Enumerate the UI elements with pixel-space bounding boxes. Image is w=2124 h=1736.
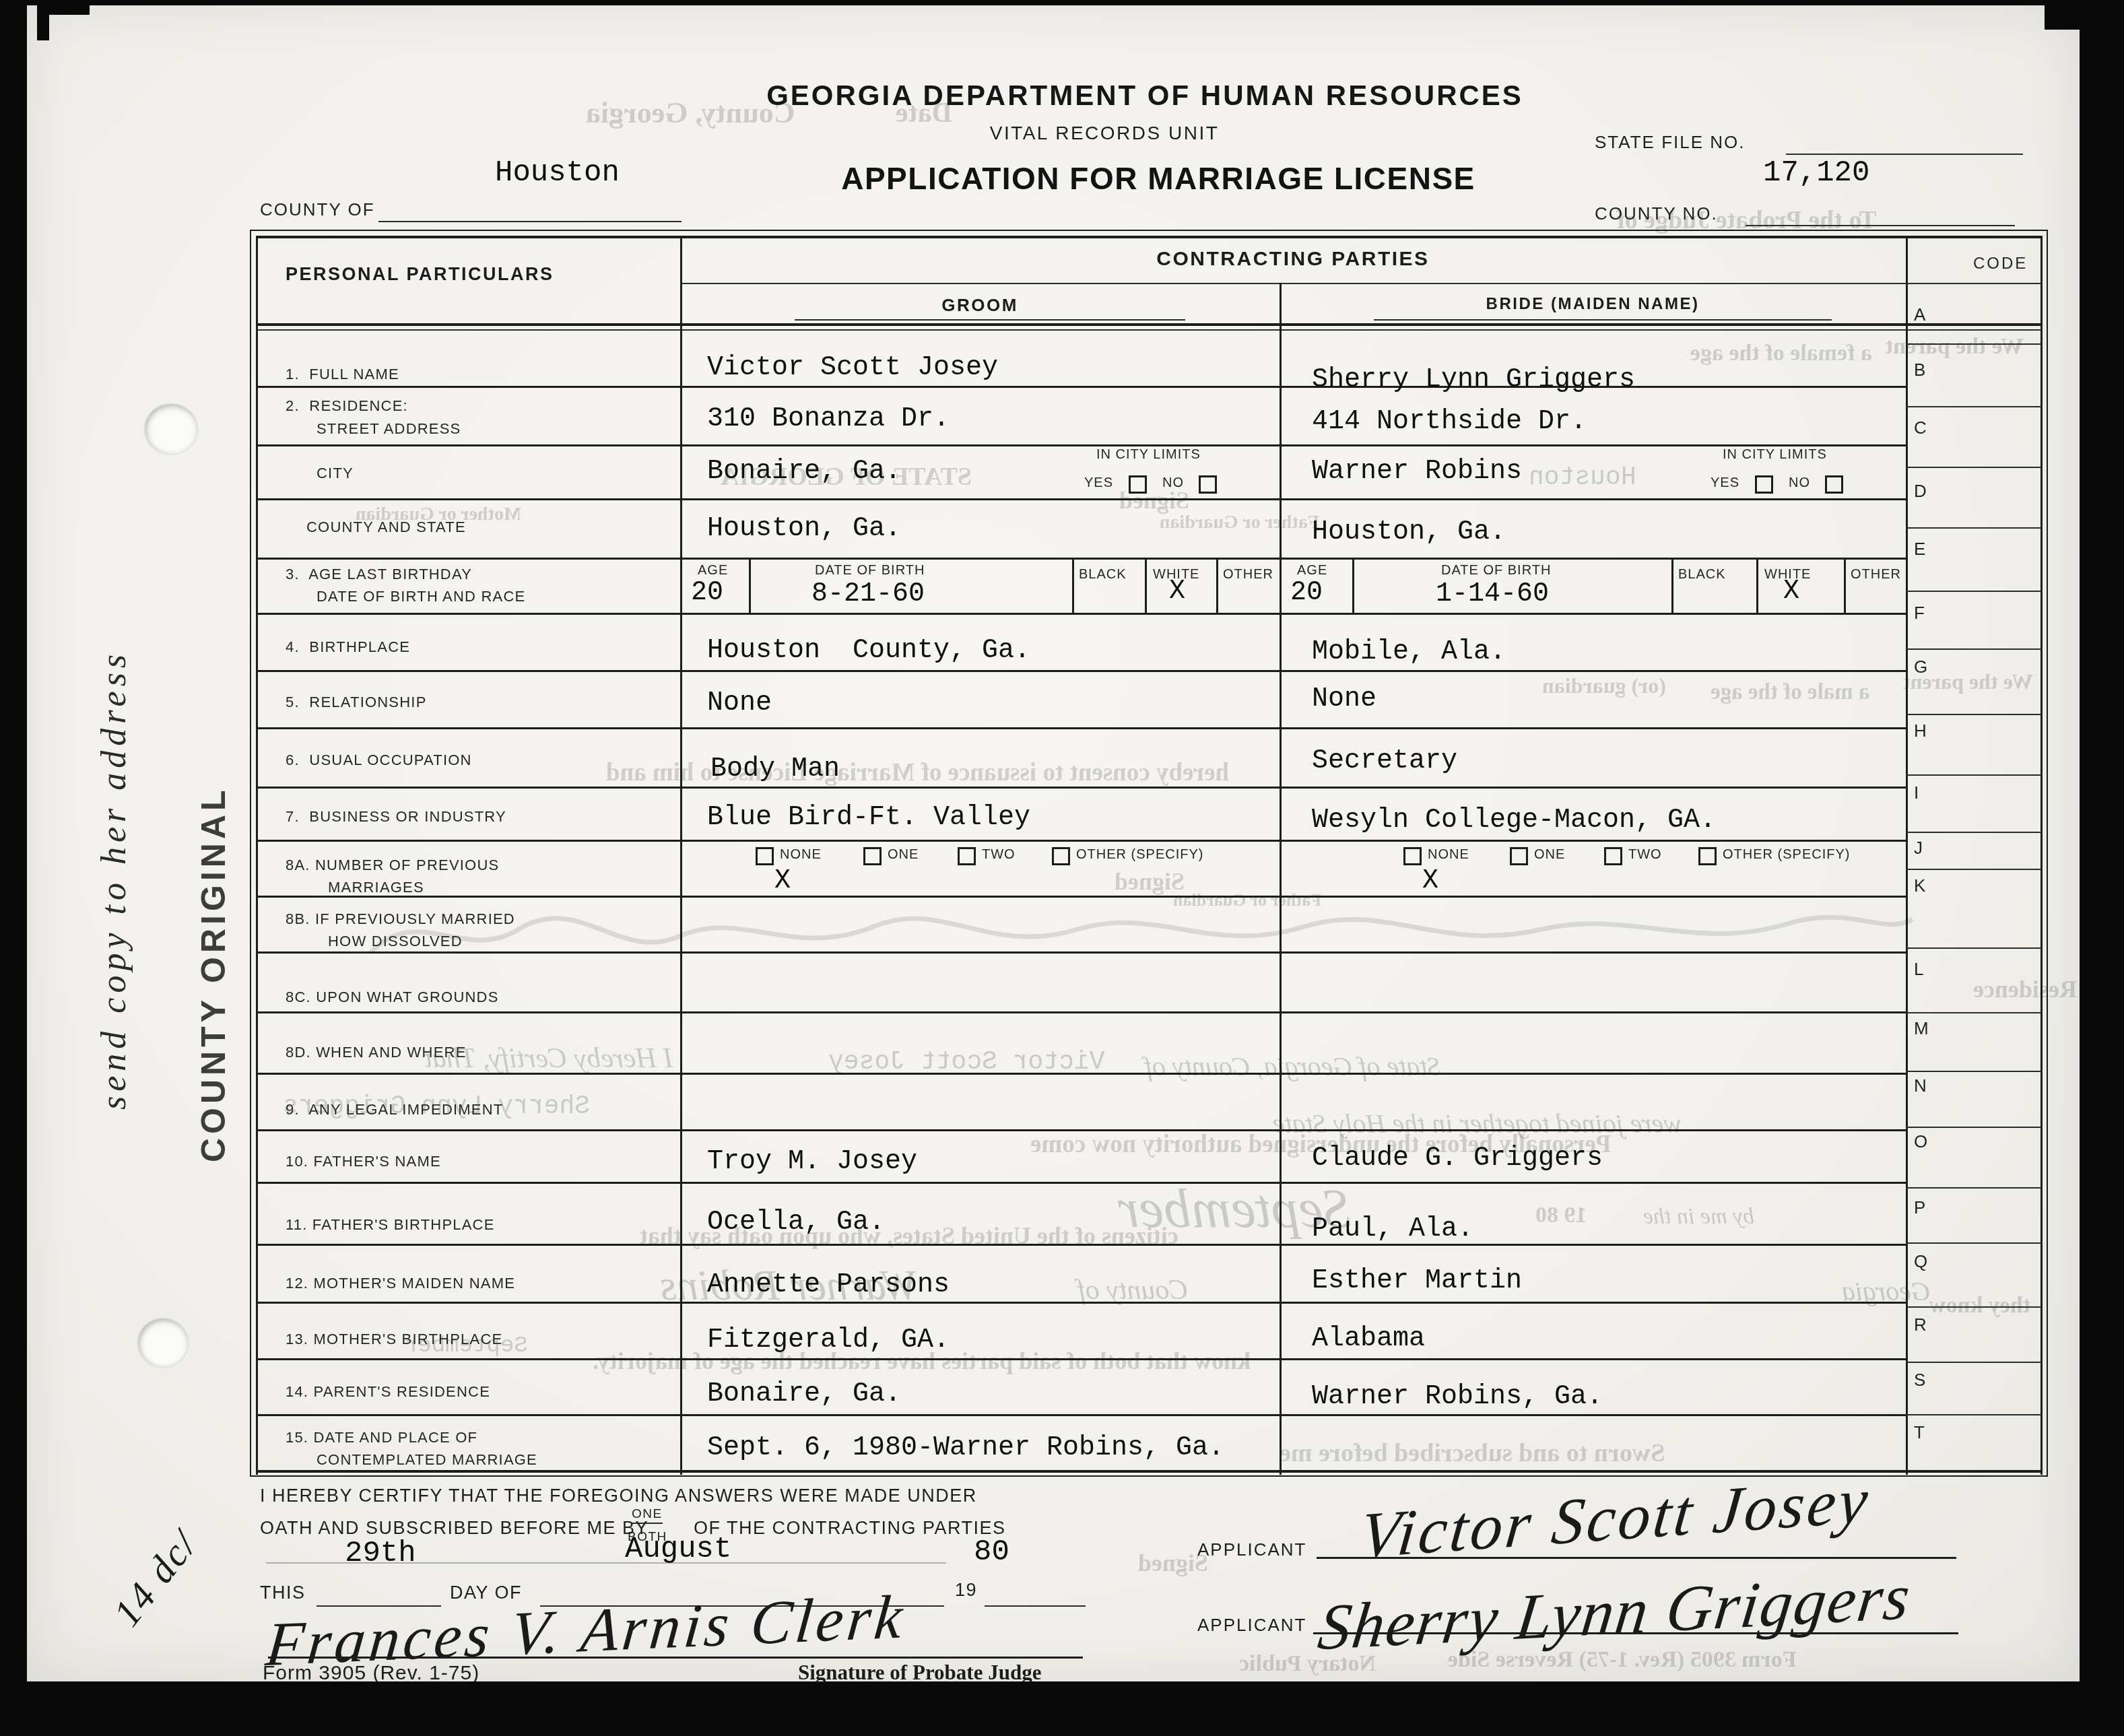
groom-city: Bonaire, Ga. bbox=[707, 457, 901, 487]
county-no-value: 17,120 bbox=[1763, 156, 1869, 190]
bleedthrough-signature-squiggle bbox=[364, 889, 1926, 970]
in-city-limits-label-bride: IN CITY LIMITS bbox=[1723, 447, 1827, 463]
table-line bbox=[1906, 236, 1908, 1475]
code-line bbox=[1906, 1306, 2042, 1308]
row-label: 8C. UPON WHAT GROUNDS bbox=[286, 989, 499, 1006]
one-label-bride: ONE bbox=[1534, 847, 1565, 863]
code-line bbox=[1906, 869, 2042, 870]
yes-label-groom: YES bbox=[1084, 475, 1113, 491]
code-line bbox=[1906, 1127, 2042, 1128]
one-checkbox-bride[interactable] bbox=[1510, 847, 1528, 865]
code-cell: G bbox=[1914, 657, 1928, 677]
row-label: 7. BUSINESS OR INDUSTRY bbox=[286, 808, 506, 826]
code-cell: Q bbox=[1914, 1251, 1928, 1272]
bleedthrough-text: hereby consent to issuance of Marriage L… bbox=[606, 758, 1229, 787]
row-label: HOW DISSOLVED bbox=[328, 933, 463, 950]
dob-header-groom: DATE OF BIRTH bbox=[815, 563, 925, 578]
age-header-groom: AGE bbox=[698, 563, 728, 578]
certification-year-value: 80 bbox=[974, 1535, 1009, 1569]
county-original-stamp: COUNTY ORIGINAL bbox=[194, 786, 233, 1162]
department-title: GEORGIA DEPARTMENT OF HUMAN RESOURCES bbox=[766, 79, 1523, 112]
applicant-label-2: APPLICANT bbox=[1197, 1615, 1307, 1636]
row-line bbox=[256, 1182, 1906, 1184]
row-line bbox=[256, 1011, 1906, 1013]
code-cell: N bbox=[1914, 1075, 1927, 1096]
groom-mother-maiden: Annette Parsons bbox=[707, 1270, 950, 1300]
year-blank-line bbox=[985, 1605, 1086, 1607]
row-line bbox=[256, 1358, 1906, 1360]
table-border bbox=[2040, 236, 2043, 1475]
row-label: 11. FATHER'S BIRTHPLACE bbox=[286, 1216, 495, 1234]
row-label: 14. PARENT'S RESIDENCE bbox=[286, 1383, 490, 1401]
code-line bbox=[1906, 1071, 2042, 1072]
row-label: 9. ANY LEGAL IMPEDIMENT bbox=[286, 1101, 503, 1119]
bride-father-birthplace: Paul, Ala. bbox=[1312, 1214, 1473, 1244]
table-line bbox=[1216, 558, 1218, 613]
table-border bbox=[250, 230, 251, 1477]
bleedthrough-text: County, Georgia bbox=[586, 96, 795, 130]
code-cell: P bbox=[1914, 1197, 1926, 1218]
code-cell: I bbox=[1914, 782, 1919, 803]
code-cell: E bbox=[1914, 539, 1926, 560]
bride-full-name: Sherry Lynn Griggers bbox=[1312, 365, 1635, 395]
code-line bbox=[1906, 527, 2042, 529]
unit-subtitle: VITAL RECORDS UNIT bbox=[990, 123, 1220, 144]
county-of-label: COUNTY OF bbox=[260, 199, 375, 220]
groom-street: 310 Bonanza Dr. bbox=[707, 404, 950, 434]
two-checkbox-bride[interactable] bbox=[1604, 847, 1622, 865]
row-line bbox=[256, 670, 1906, 672]
code-cell: D bbox=[1914, 481, 1927, 502]
margin-handwritten-note: send copy to her address bbox=[94, 650, 134, 1110]
row-line bbox=[256, 1244, 1906, 1246]
bleedthrough-text: Houston bbox=[1529, 463, 1636, 492]
row-line bbox=[256, 1414, 1906, 1416]
table-line bbox=[1145, 558, 1147, 613]
scanner-edge-right bbox=[2080, 0, 2124, 1736]
yes-label-bride: YES bbox=[1711, 475, 1739, 491]
code-line bbox=[1906, 714, 2042, 715]
table-line bbox=[680, 283, 1906, 284]
other-checkbox-groom[interactable] bbox=[1052, 847, 1070, 865]
scanner-edge-bottom bbox=[0, 1681, 2124, 1736]
dob-header-bride: DATE OF BIRTH bbox=[1441, 563, 1551, 578]
other-header-bride: OTHER bbox=[1851, 567, 1901, 582]
row-line bbox=[256, 840, 1906, 842]
county-no-line bbox=[1746, 225, 2015, 226]
table-line bbox=[1671, 558, 1673, 613]
row-line bbox=[256, 896, 1906, 898]
groom-full-name: Victor Scott Josey bbox=[707, 353, 998, 383]
groom-dob: 8-21-60 bbox=[811, 579, 925, 609]
code-cell: C bbox=[1914, 418, 1927, 438]
code-line bbox=[1906, 947, 2042, 949]
groom-father-name: Troy M. Josey bbox=[707, 1147, 917, 1177]
in-city-limits-label-groom: IN CITY LIMITS bbox=[1096, 447, 1201, 463]
bleedthrough-text: State of Georgia, County of bbox=[1145, 1050, 1441, 1082]
bride-occupation: Secretary bbox=[1312, 746, 1457, 776]
groom-mother-birthplace: Fitzgerald, GA. bbox=[707, 1325, 950, 1356]
age-header-bride: AGE bbox=[1297, 563, 1327, 578]
code-line bbox=[1906, 1187, 2042, 1189]
other-label-bride: OTHER (SPECIFY) bbox=[1723, 847, 1850, 863]
row-line bbox=[256, 1129, 1906, 1131]
row-line bbox=[256, 386, 1906, 388]
none-checkbox-bride[interactable] bbox=[1403, 847, 1422, 865]
bleedthrough-text: Father or Guardian bbox=[1160, 512, 1319, 533]
punch-hole-top bbox=[145, 404, 197, 454]
one-label-groom: ONE bbox=[888, 847, 919, 863]
groom-race-mark: X bbox=[1169, 576, 1185, 607]
yes-checkbox-groom[interactable] bbox=[1129, 475, 1147, 494]
bride-parents-residence: Warner Robins, Ga. bbox=[1312, 1382, 1603, 1412]
county-of-line bbox=[378, 221, 682, 222]
groom-occupation: Body Man bbox=[710, 754, 840, 784]
table-line bbox=[1374, 319, 1832, 321]
table-line bbox=[1280, 283, 1282, 1475]
state-file-label: STATE FILE NO. bbox=[1595, 132, 1746, 153]
other-label-groom: OTHER (SPECIFY) bbox=[1076, 847, 1203, 863]
table-line bbox=[795, 319, 1185, 321]
row-label: 13. MOTHER'S BIRTHPLACE bbox=[286, 1331, 502, 1348]
groom-county-state: Houston, Ga. bbox=[707, 514, 901, 544]
code-line bbox=[1906, 406, 2042, 407]
groom-age: 20 bbox=[691, 578, 723, 608]
scanner-artifact bbox=[37, 0, 49, 40]
certification-line2b: OF THE CONTRACTING PARTIES bbox=[694, 1518, 1006, 1539]
state-file-line bbox=[1786, 154, 2023, 155]
groom-parents-residence: Bonaire, Ga. bbox=[707, 1379, 901, 1409]
row-line bbox=[256, 498, 1906, 500]
code-cell: O bbox=[1914, 1131, 1928, 1152]
table-border bbox=[250, 230, 2048, 231]
groom-marriages-mark: X bbox=[774, 866, 791, 896]
contracting-parties-header: CONTRACTING PARTIES bbox=[1156, 248, 1429, 271]
code-line bbox=[1906, 283, 2042, 284]
row-label: 4. BIRTHPLACE bbox=[286, 638, 410, 656]
bride-age: 20 bbox=[1290, 578, 1323, 608]
code-cell: M bbox=[1914, 1018, 1929, 1039]
row-line bbox=[256, 444, 1906, 446]
table-border bbox=[2047, 230, 2048, 1477]
bride-mother-birthplace: Alabama bbox=[1312, 1324, 1425, 1354]
groom-birthplace: Houston County, Ga. bbox=[707, 636, 1030, 666]
bleedthrough-text: they know bbox=[1929, 1293, 2030, 1318]
code-cell: J bbox=[1914, 838, 1923, 859]
personal-particulars-header: PERSONAL PARTICULARS bbox=[286, 264, 554, 285]
two-label-bride: TWO bbox=[1628, 847, 1662, 863]
judge-signature-line bbox=[268, 1657, 1083, 1659]
table-border bbox=[256, 236, 2042, 238]
bride-county-state: Houston, Ga. bbox=[1312, 517, 1506, 547]
row-label: 2. RESIDENCE: bbox=[286, 397, 408, 415]
row-label: CITY bbox=[317, 465, 354, 482]
row-label: 15. DATE AND PLACE OF bbox=[286, 1429, 477, 1446]
code-line bbox=[1906, 774, 2042, 776]
code-line bbox=[1906, 1242, 2042, 1244]
other-checkbox-bride[interactable] bbox=[1698, 847, 1717, 865]
row-label: CONTEMPLATED MARRIAGE bbox=[317, 1451, 537, 1469]
code-line bbox=[1906, 343, 2042, 345]
applicant-label-1: APPLICANT bbox=[1197, 1539, 1307, 1560]
other-header-groom: OTHER bbox=[1223, 567, 1273, 582]
row-label: 8B. IF PREVIOUSLY MARRIED bbox=[286, 910, 515, 928]
certification-line1: I HEREBY CERTIFY THAT THE FOREGOING ANSW… bbox=[260, 1485, 977, 1506]
bride-relationship: None bbox=[1312, 684, 1376, 714]
bride-business: Wesyln College-Macon, GA. bbox=[1312, 805, 1716, 836]
contemplated-marriage: Sept. 6, 1980-Warner Robins, Ga. bbox=[707, 1433, 1224, 1463]
table-border bbox=[256, 236, 258, 1475]
row-label: 8A. NUMBER OF PREVIOUS bbox=[286, 857, 499, 874]
row-label: 3. AGE LAST BIRTHDAY bbox=[286, 566, 472, 583]
row-label: 6. USUAL OCCUPATION bbox=[286, 752, 472, 769]
one-option: ONE bbox=[632, 1507, 663, 1524]
code-cell: R bbox=[1914, 1314, 1927, 1335]
one-checkbox-groom[interactable] bbox=[863, 847, 882, 865]
bride-header: BRIDE (MAIDEN NAME) bbox=[1486, 295, 1700, 314]
scanned-document: County, Georgia Date To the Probate Judg… bbox=[0, 0, 2124, 1736]
bride-marriages-mark: X bbox=[1422, 866, 1438, 896]
code-cell: L bbox=[1914, 959, 1924, 980]
code-cell: H bbox=[1914, 721, 1927, 741]
no-checkbox-groom[interactable] bbox=[1199, 475, 1217, 494]
bleedthrough-text: 19 80 bbox=[1535, 1203, 1587, 1228]
form-title: APPLICATION FOR MARRIAGE LICENSE bbox=[841, 160, 1475, 197]
row-label: 1. FULL NAME bbox=[286, 366, 399, 383]
row-line bbox=[256, 558, 1906, 560]
bleedthrough-text: a female of the age bbox=[1690, 341, 1872, 366]
code-header: CODE bbox=[1973, 255, 2028, 273]
groom-father-birthplace: Ocella, Ga. bbox=[707, 1207, 885, 1238]
code-cell: B bbox=[1914, 360, 1926, 380]
none-checkbox-groom[interactable] bbox=[756, 847, 774, 865]
table-line bbox=[1756, 558, 1758, 613]
this-label: THIS bbox=[260, 1582, 306, 1603]
row-line bbox=[256, 613, 1906, 615]
code-line bbox=[1906, 648, 2042, 650]
code-cell: A bbox=[1914, 304, 1926, 325]
code-line bbox=[1906, 1362, 2042, 1363]
certification-month-value: August bbox=[625, 1533, 731, 1566]
no-checkbox-bride[interactable] bbox=[1825, 475, 1843, 494]
punch-hole-bottom bbox=[138, 1318, 188, 1367]
table-line bbox=[1352, 558, 1354, 613]
black-header-bride: BLACK bbox=[1678, 567, 1726, 582]
county-no-label: COUNTY NO. bbox=[1595, 203, 1718, 224]
code-line bbox=[1906, 832, 2042, 833]
row-line bbox=[256, 952, 1906, 954]
row-line bbox=[256, 727, 1906, 729]
bride-mother-maiden: Esther Martin bbox=[1312, 1266, 1522, 1296]
table-line bbox=[1844, 558, 1846, 613]
row-line bbox=[256, 1073, 1906, 1075]
code-line bbox=[1906, 1414, 2042, 1415]
row-label: 5. RELATIONSHIP bbox=[286, 694, 427, 711]
black-header-groom: BLACK bbox=[1079, 567, 1127, 582]
code-line bbox=[1906, 1012, 2042, 1013]
groom-business: Blue Bird-Ft. Valley bbox=[707, 803, 1030, 833]
bride-street: 414 Northside Dr. bbox=[1312, 407, 1587, 437]
code-cell: T bbox=[1914, 1422, 1925, 1443]
two-label-groom: TWO bbox=[982, 847, 1016, 863]
typed-date-line bbox=[266, 1562, 946, 1564]
bride-race-mark: X bbox=[1783, 576, 1799, 607]
row-label: MARRIAGES bbox=[328, 879, 424, 896]
groom-header: GROOM bbox=[941, 295, 1018, 316]
code-cell: S bbox=[1914, 1370, 1926, 1391]
certification-line2a: OATH AND SUBSCRIBED BEFORE ME BY bbox=[260, 1518, 649, 1539]
none-label-bride: NONE bbox=[1428, 847, 1469, 863]
table-line bbox=[749, 558, 751, 613]
code-cell: F bbox=[1914, 603, 1925, 624]
bride-father-name: Claude G. Griggers bbox=[1312, 1143, 1603, 1174]
bride-dob: 1-14-60 bbox=[1436, 579, 1549, 609]
row-label: 10. FATHER'S NAME bbox=[286, 1153, 441, 1170]
row-label: DATE OF BIRTH AND RACE bbox=[317, 588, 525, 605]
table-line bbox=[1072, 558, 1074, 613]
yes-checkbox-bride[interactable] bbox=[1755, 475, 1773, 494]
code-line bbox=[1906, 591, 2042, 592]
table-line bbox=[256, 329, 2042, 331]
row-label: 8D. WHEN AND WHERE bbox=[286, 1044, 467, 1061]
bleedthrough-text: Sworn to and subscribed before me bbox=[1280, 1438, 1665, 1468]
two-checkbox-groom[interactable] bbox=[958, 847, 976, 865]
row-label: 12. MOTHER'S MAIDEN NAME bbox=[286, 1275, 515, 1292]
code-cell: K bbox=[1914, 875, 1926, 896]
table-line bbox=[680, 236, 682, 1475]
no-label-groom: NO bbox=[1162, 475, 1184, 491]
bleedthrough-text: (or) guardian bbox=[1542, 673, 1666, 698]
bleedthrough-text: by me in the bbox=[1643, 1204, 1754, 1230]
certification-day-value: 29th bbox=[345, 1537, 416, 1570]
no-label-bride: NO bbox=[1789, 475, 1810, 491]
none-label-groom: NONE bbox=[780, 847, 822, 863]
code-line bbox=[1906, 467, 2042, 468]
bleedthrough-text: a male of the age bbox=[1711, 680, 1869, 705]
row-label: COUNTY AND STATE bbox=[306, 519, 466, 536]
row-line bbox=[256, 787, 1906, 789]
county-of-value: Houston bbox=[495, 156, 620, 190]
nineteen-label: 19 bbox=[955, 1580, 977, 1601]
bride-birthplace: Mobile, Ala. bbox=[1312, 637, 1506, 667]
groom-relationship: None bbox=[707, 688, 772, 719]
row-line bbox=[256, 1302, 1906, 1304]
table-line bbox=[256, 323, 2042, 326]
row-label: STREET ADDRESS bbox=[317, 420, 461, 438]
bleedthrough-text: Residence bbox=[1973, 975, 2077, 1003]
bride-city: Warner Robins bbox=[1312, 457, 1522, 487]
